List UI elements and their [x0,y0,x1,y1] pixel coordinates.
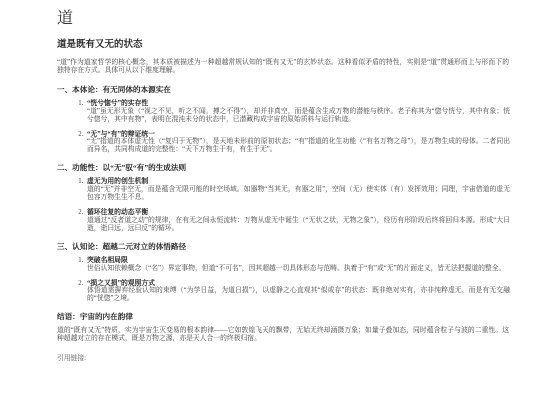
conclusion-paragraph: 道的“既有又无”特质，实为宇宙生灭变易的根本韵律——它如敦煌飞天的飘带，无始无终… [57,327,509,343]
item-body: “无”指道的本体虚无性（“复归于无物”），是天地未形前的原初状态；“有”指道的化… [87,138,510,154]
item-body: 道的“无”并非空无，而是蕴含无限可能的时空场域。如器物“当其无，有器之用”，空间… [87,186,510,202]
document-title: 道 [57,10,510,28]
list-item: “损之又损”的观照方式 体悟道需摒弃经验认知的束缚（“为学日益，为道日损”），以… [85,280,510,304]
citation-links-label: 引用链接: [57,355,510,363]
conclusion-heading: 结语：宇宙的内在韵律 [57,312,510,321]
item-body: 道通过“反者道之动”的规律，在有无之间永恒流转：万物从虚无中诞生（“无状之状，无… [87,217,510,233]
item-body: “道”虽无形无象（“视之不见，听之不闻，搏之不得”），却并非真空，而是蕴含生成万… [87,108,510,124]
section-heading: 一、本体论：有无同体的本源实在 [57,85,510,94]
section-ontology: 一、本体论：有无同体的本源实在 “恍兮惚兮”的实存性 “道”虽无形无象（“视之不… [57,85,510,154]
list-item: “无”与“有”的辩证统一 “无”指道的本体虚无性（“复归于无物”），是天地未形前… [85,131,510,155]
item-title: 突破名相局限 [87,257,510,265]
list-item: “恍兮惚兮”的实存性 “道”虽无形无象（“视之不见，听之不闻，搏之不得”），却并… [85,100,510,124]
section-heading: 三、认知论：超越二元对立的体悟路径 [57,242,510,251]
list-item: 虚无为用的创生机制 道的“无”并非空无，而是蕴含无限可能的时空场域。如器物“当其… [85,178,510,202]
section-list: 突破名相局限 世俗认知依赖概念（“名”）界定事物，但道“不可名”，因其超越一切具… [57,257,510,304]
section-conclusion: 结语：宇宙的内在韵律 道的“既有又无”特质，实为宇宙生灭变易的根本韵律——它如敦… [57,312,510,343]
section-list: 虚无为用的创生机制 道的“无”并非空无，而是蕴含无限可能的时空场域。如器物“当其… [57,178,510,232]
item-title: 虚无为用的创生机制 [87,178,510,186]
item-title: “恍兮惚兮”的实存性 [87,100,510,108]
item-body: 世俗认知依赖概念（“名”）界定事物，但道“不可名”，因其超越一切具体形态与范畴。… [87,265,510,273]
list-item: 突破名相局限 世俗认知依赖概念（“名”）界定事物，但道“不可名”，因其超越一切具… [85,257,510,273]
section-functionality: 二、功能性：以“无”驭“有”的生成法则 虚无为用的创生机制 道的“无”并非空无，… [57,163,510,232]
section-heading: 二、功能性：以“无”驭“有”的生成法则 [57,163,510,172]
intro-paragraph: “道”作为道家哲学的核心概念，其本质被描述为一种超越常规认知的“既有又无”的玄妙… [57,59,509,75]
section-list: “恍兮惚兮”的实存性 “道”虽无形无象（“视之不见，听之不闻，搏之不得”），却并… [57,100,510,154]
list-item: 循环往复的动态平衡 道通过“反者道之动”的规律，在有无之间永恒流转：万物从虚无中… [85,209,510,233]
document-subtitle: 道是既有又无的状态 [57,40,510,51]
item-body: 体悟道需摒弃经验认知的束缚（“为学日益，为道日损”），以虚静之心直观其“似或存”… [87,287,510,303]
section-epistemology: 三、认知论：超越二元对立的体悟路径 突破名相局限 世俗认知依赖概念（“名”）界定… [57,242,510,304]
document-page: 道 道是既有又无的状态 “道”作为道家哲学的核心概念，其本质被描述为一种超越常规… [0,0,540,405]
item-title: 循环往复的动态平衡 [87,209,510,217]
